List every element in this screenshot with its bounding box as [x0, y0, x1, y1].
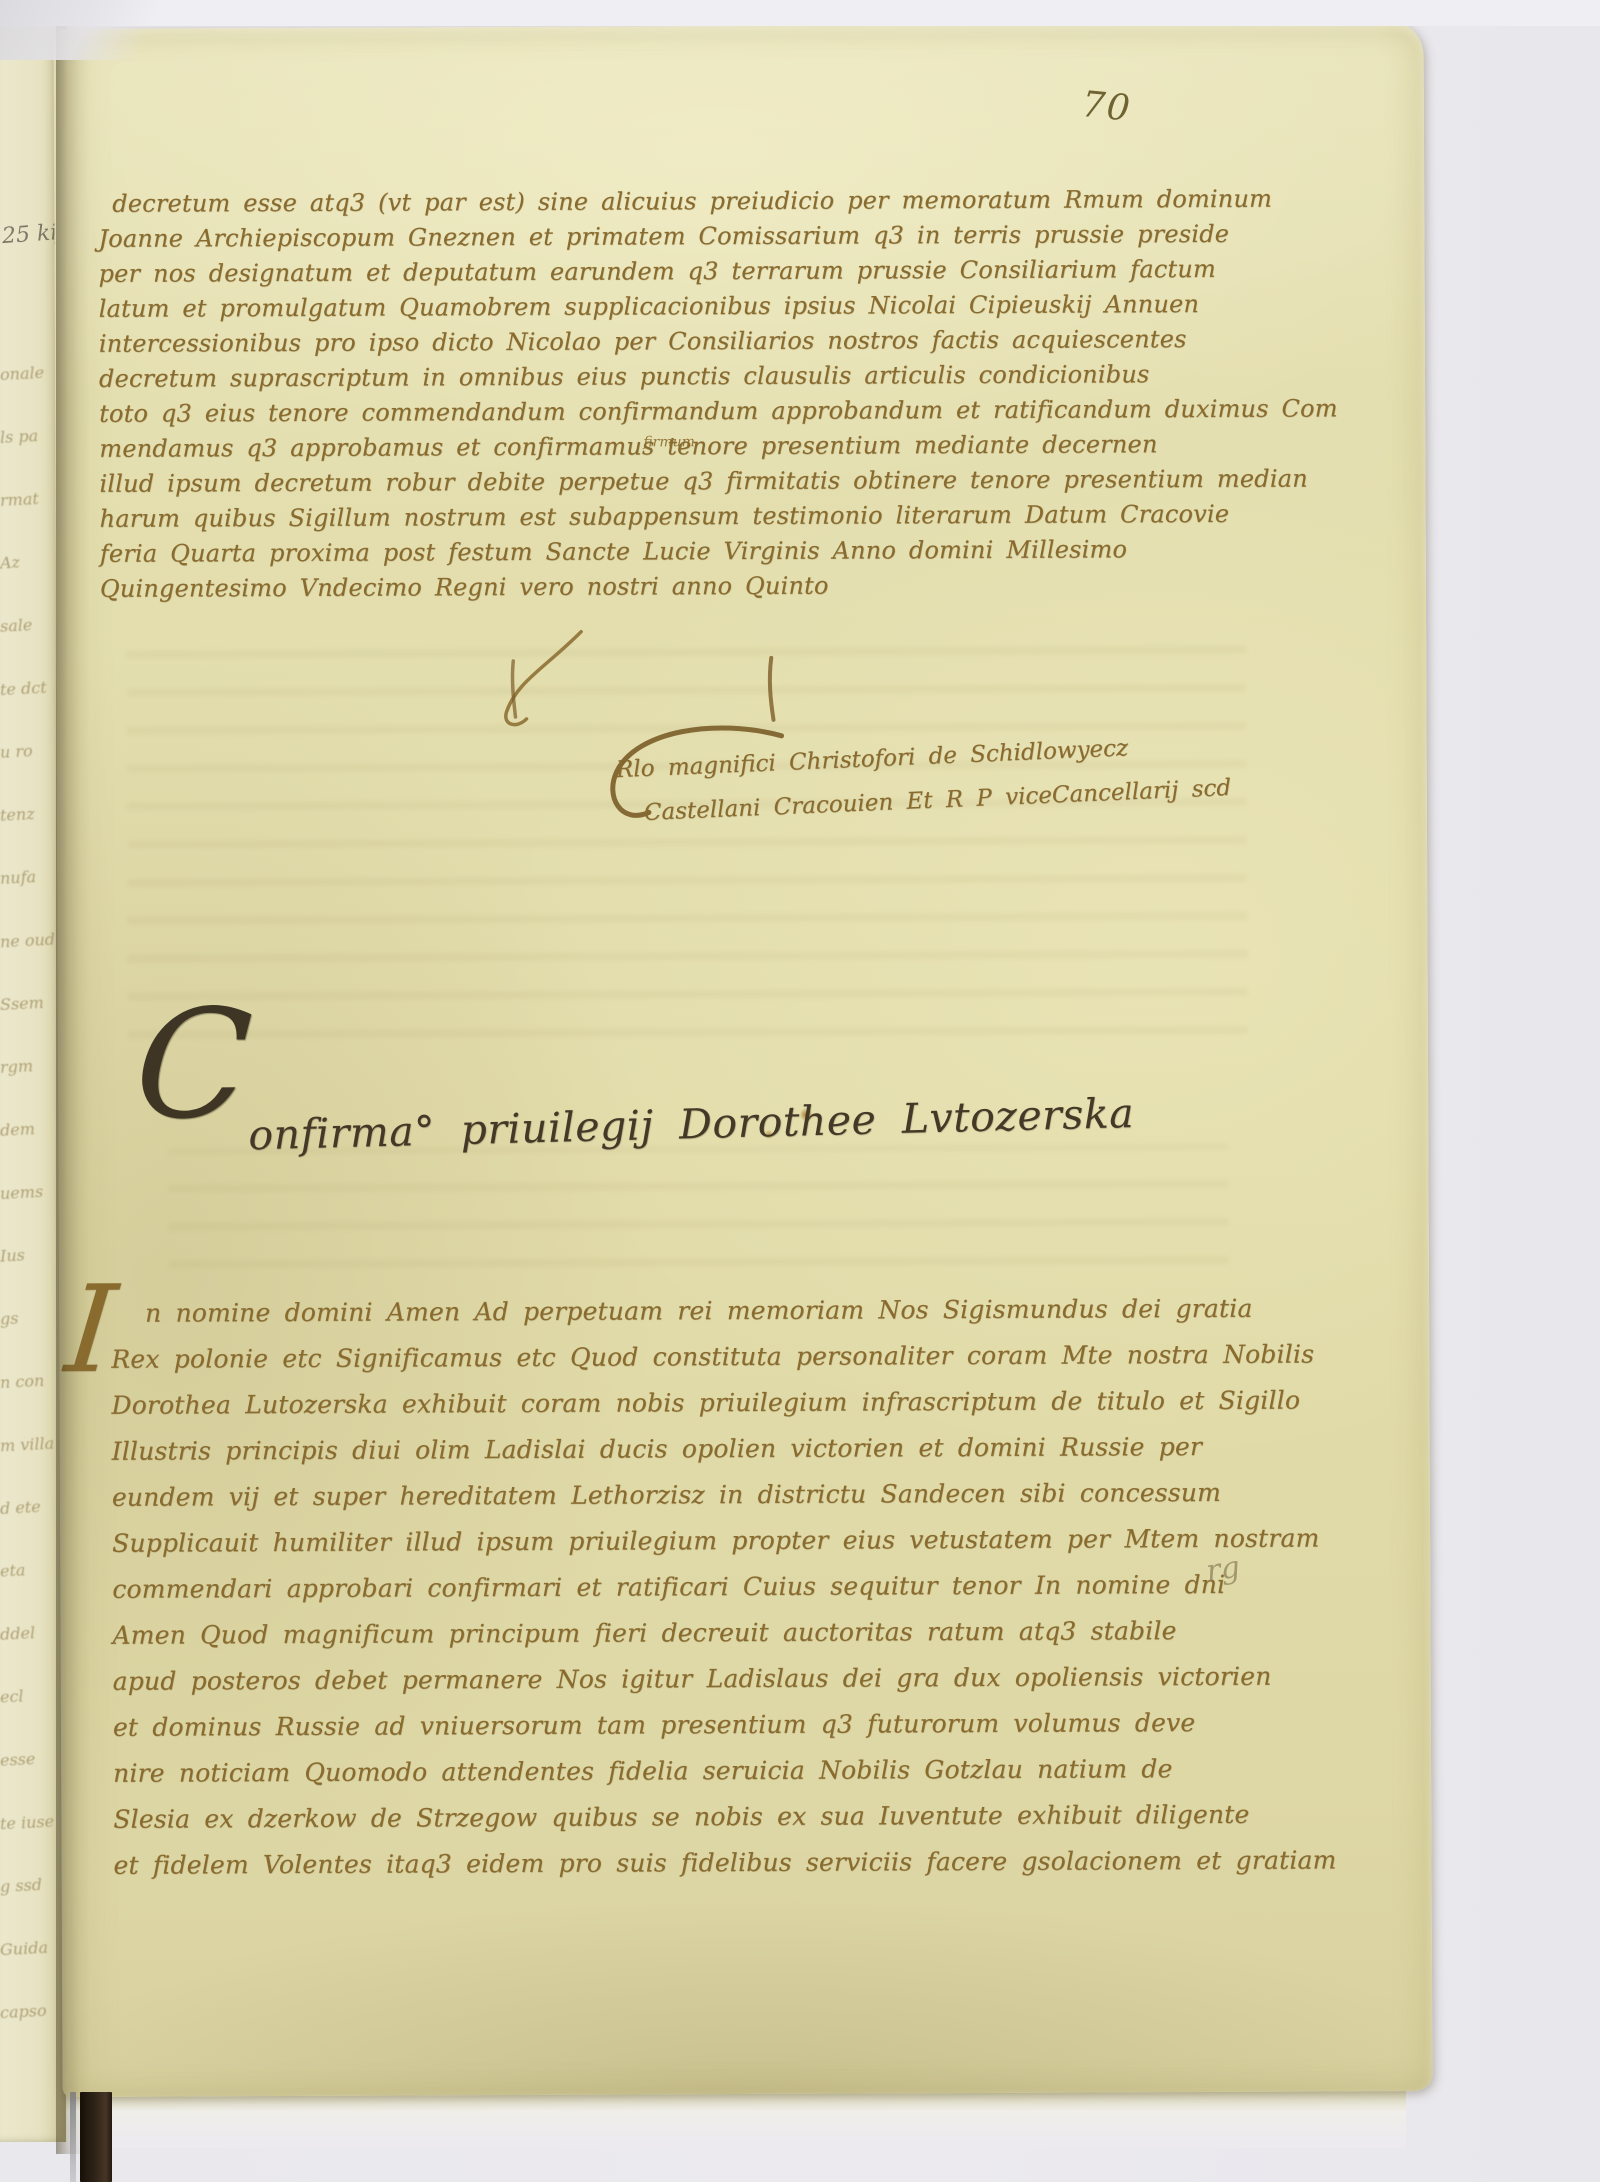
- pen-mark: [500, 657, 526, 721]
- entry2-line: n nomine domini Amen Ad perpetuam rei me…: [111, 1286, 1241, 1337]
- text-fragment: rgm: [0, 1056, 34, 1077]
- text-fragment: te iuse: [0, 1812, 55, 1834]
- entry2-line: eundem vij et super hereditatem Lethorzi…: [112, 1470, 1242, 1521]
- entry2-line: Dorothea Lutozerska exhibuit coram nobis…: [111, 1378, 1241, 1429]
- entry2-line: apud posteros debet permanere Nos igitur…: [113, 1654, 1243, 1705]
- entry1-line: Joanne Archiepiscopum Gneznen et primate…: [98, 217, 1218, 257]
- interlinear-correction: firmum: [643, 434, 695, 450]
- text-fragment: Guida: [0, 1938, 48, 1959]
- entry1-line: Quingentesimo Vndecimo Regni vero nostri…: [100, 567, 1220, 607]
- text-fragment: gs: [0, 1309, 19, 1329]
- text-fragment: ecl: [0, 1686, 24, 1706]
- entry2-line: Rex polonie etc Significamus etc Quod co…: [111, 1332, 1241, 1383]
- entry1-line: harum quibus Sigillum nostrum est subapp…: [100, 497, 1220, 537]
- text-fragment: u ro: [0, 741, 33, 762]
- text-fragment: Az: [0, 552, 20, 572]
- margin-annotation: rg: [1204, 1550, 1242, 1589]
- entry2-line: Illustris principis diui olim Ladislai d…: [112, 1424, 1242, 1475]
- text-fragment: capso: [0, 2001, 47, 2022]
- text-fragment: esse: [0, 1749, 36, 1770]
- text-fragment: te dct: [0, 678, 47, 699]
- verso-showthrough: [126, 634, 1248, 1069]
- text-fragment: onale: [0, 363, 45, 384]
- entry2-line: Amen Quod magnificum principum fieri dec…: [112, 1608, 1242, 1659]
- entry1-line: decretum suprascriptum in omnibus eius p…: [99, 357, 1219, 397]
- pen-mark: [756, 654, 786, 724]
- heading-initial-capital: C: [131, 990, 256, 1141]
- text-fragment: g ssd: [0, 1875, 42, 1896]
- under-sheet-edge: [66, 2088, 1406, 2148]
- entry2-line: nire noticiam Quomodo attendentes fideli…: [113, 1746, 1243, 1797]
- entry2-line: commendari approbari confirmari et ratif…: [112, 1562, 1242, 1613]
- manuscript-page: 70 decretum esse atq3 (vt par est) sine …: [53, 23, 1432, 2097]
- text-fragment: m villa: [0, 1434, 55, 1456]
- entry2-line: et fidelem Volentes itaq3 eidem pro suis…: [113, 1838, 1243, 1889]
- previous-page-text-fragments: onale ls pa rmat Az sale te dct u ro ten…: [0, 364, 60, 2021]
- entry1-line: feria Quarta proxima post festum Sancte …: [100, 532, 1220, 572]
- text-fragment: ls pa: [0, 426, 39, 447]
- text-fragment: Ssem: [0, 993, 44, 1014]
- text-fragment: ddel: [0, 1623, 36, 1644]
- entry1-line: illud ipsum decretum robur debite perpet…: [99, 462, 1219, 502]
- entry2-text-block: n nomine domini Amen Ad perpetuam rei me…: [111, 1286, 1244, 1889]
- binding-strap-highlight: [70, 2092, 76, 2182]
- entry1-line: decretum esse atq3 (vt par est) sine ali…: [98, 182, 1218, 222]
- text-fragment: n con: [0, 1371, 45, 1392]
- text-fragment: dem: [0, 1119, 35, 1140]
- scan-background-top: [0, 0, 1600, 26]
- text-fragment: ne oud: [0, 930, 56, 952]
- text-fragment: nufa: [0, 867, 37, 888]
- pen-flourish: [486, 627, 626, 738]
- folio-number: 70: [1080, 84, 1134, 130]
- entry1-line: toto q3 eius tenore commendandum confirm…: [99, 392, 1219, 432]
- text-fragment: rmat: [0, 489, 39, 510]
- text-fragment: Ius: [0, 1245, 25, 1265]
- entry2-line: Slesia ex dzerkow de Strzegow quibus se …: [113, 1792, 1243, 1843]
- scanner-clamp-corner: [0, 0, 190, 60]
- text-fragment: eta: [0, 1560, 26, 1580]
- entry1-line: per nos designatum et deputatum earundem…: [98, 252, 1218, 292]
- entry1-line: intercessionibus pro ipso dicto Nicolao …: [99, 322, 1219, 362]
- entry1-line: latum et promulgatum Quamobrem supplicac…: [99, 287, 1219, 327]
- entry1-text-block: decretum esse atq3 (vt par est) sine ali…: [98, 182, 1220, 607]
- entry2-line: Supplicauit humiliter illud ipsum priuil…: [112, 1516, 1242, 1567]
- text-fragment: sale: [0, 615, 33, 636]
- entry2-line: et dominus Russie ad vniuersorum tam pre…: [113, 1700, 1243, 1751]
- binding-strap: [80, 2092, 112, 2182]
- heading-text: onfirma° priuilegij Dorothee Lvtozerska: [248, 1089, 1135, 1159]
- text-fragment: uems: [0, 1182, 44, 1203]
- text-fragment: d ete: [0, 1497, 41, 1518]
- text-fragment: tenz: [0, 804, 35, 825]
- entry-heading: C onfirma° priuilegij Dorothee Lvtozersk…: [136, 1003, 1337, 1218]
- chancery-signature-block: Rlo magnifici Christofori de Schidlowyec…: [615, 727, 1118, 836]
